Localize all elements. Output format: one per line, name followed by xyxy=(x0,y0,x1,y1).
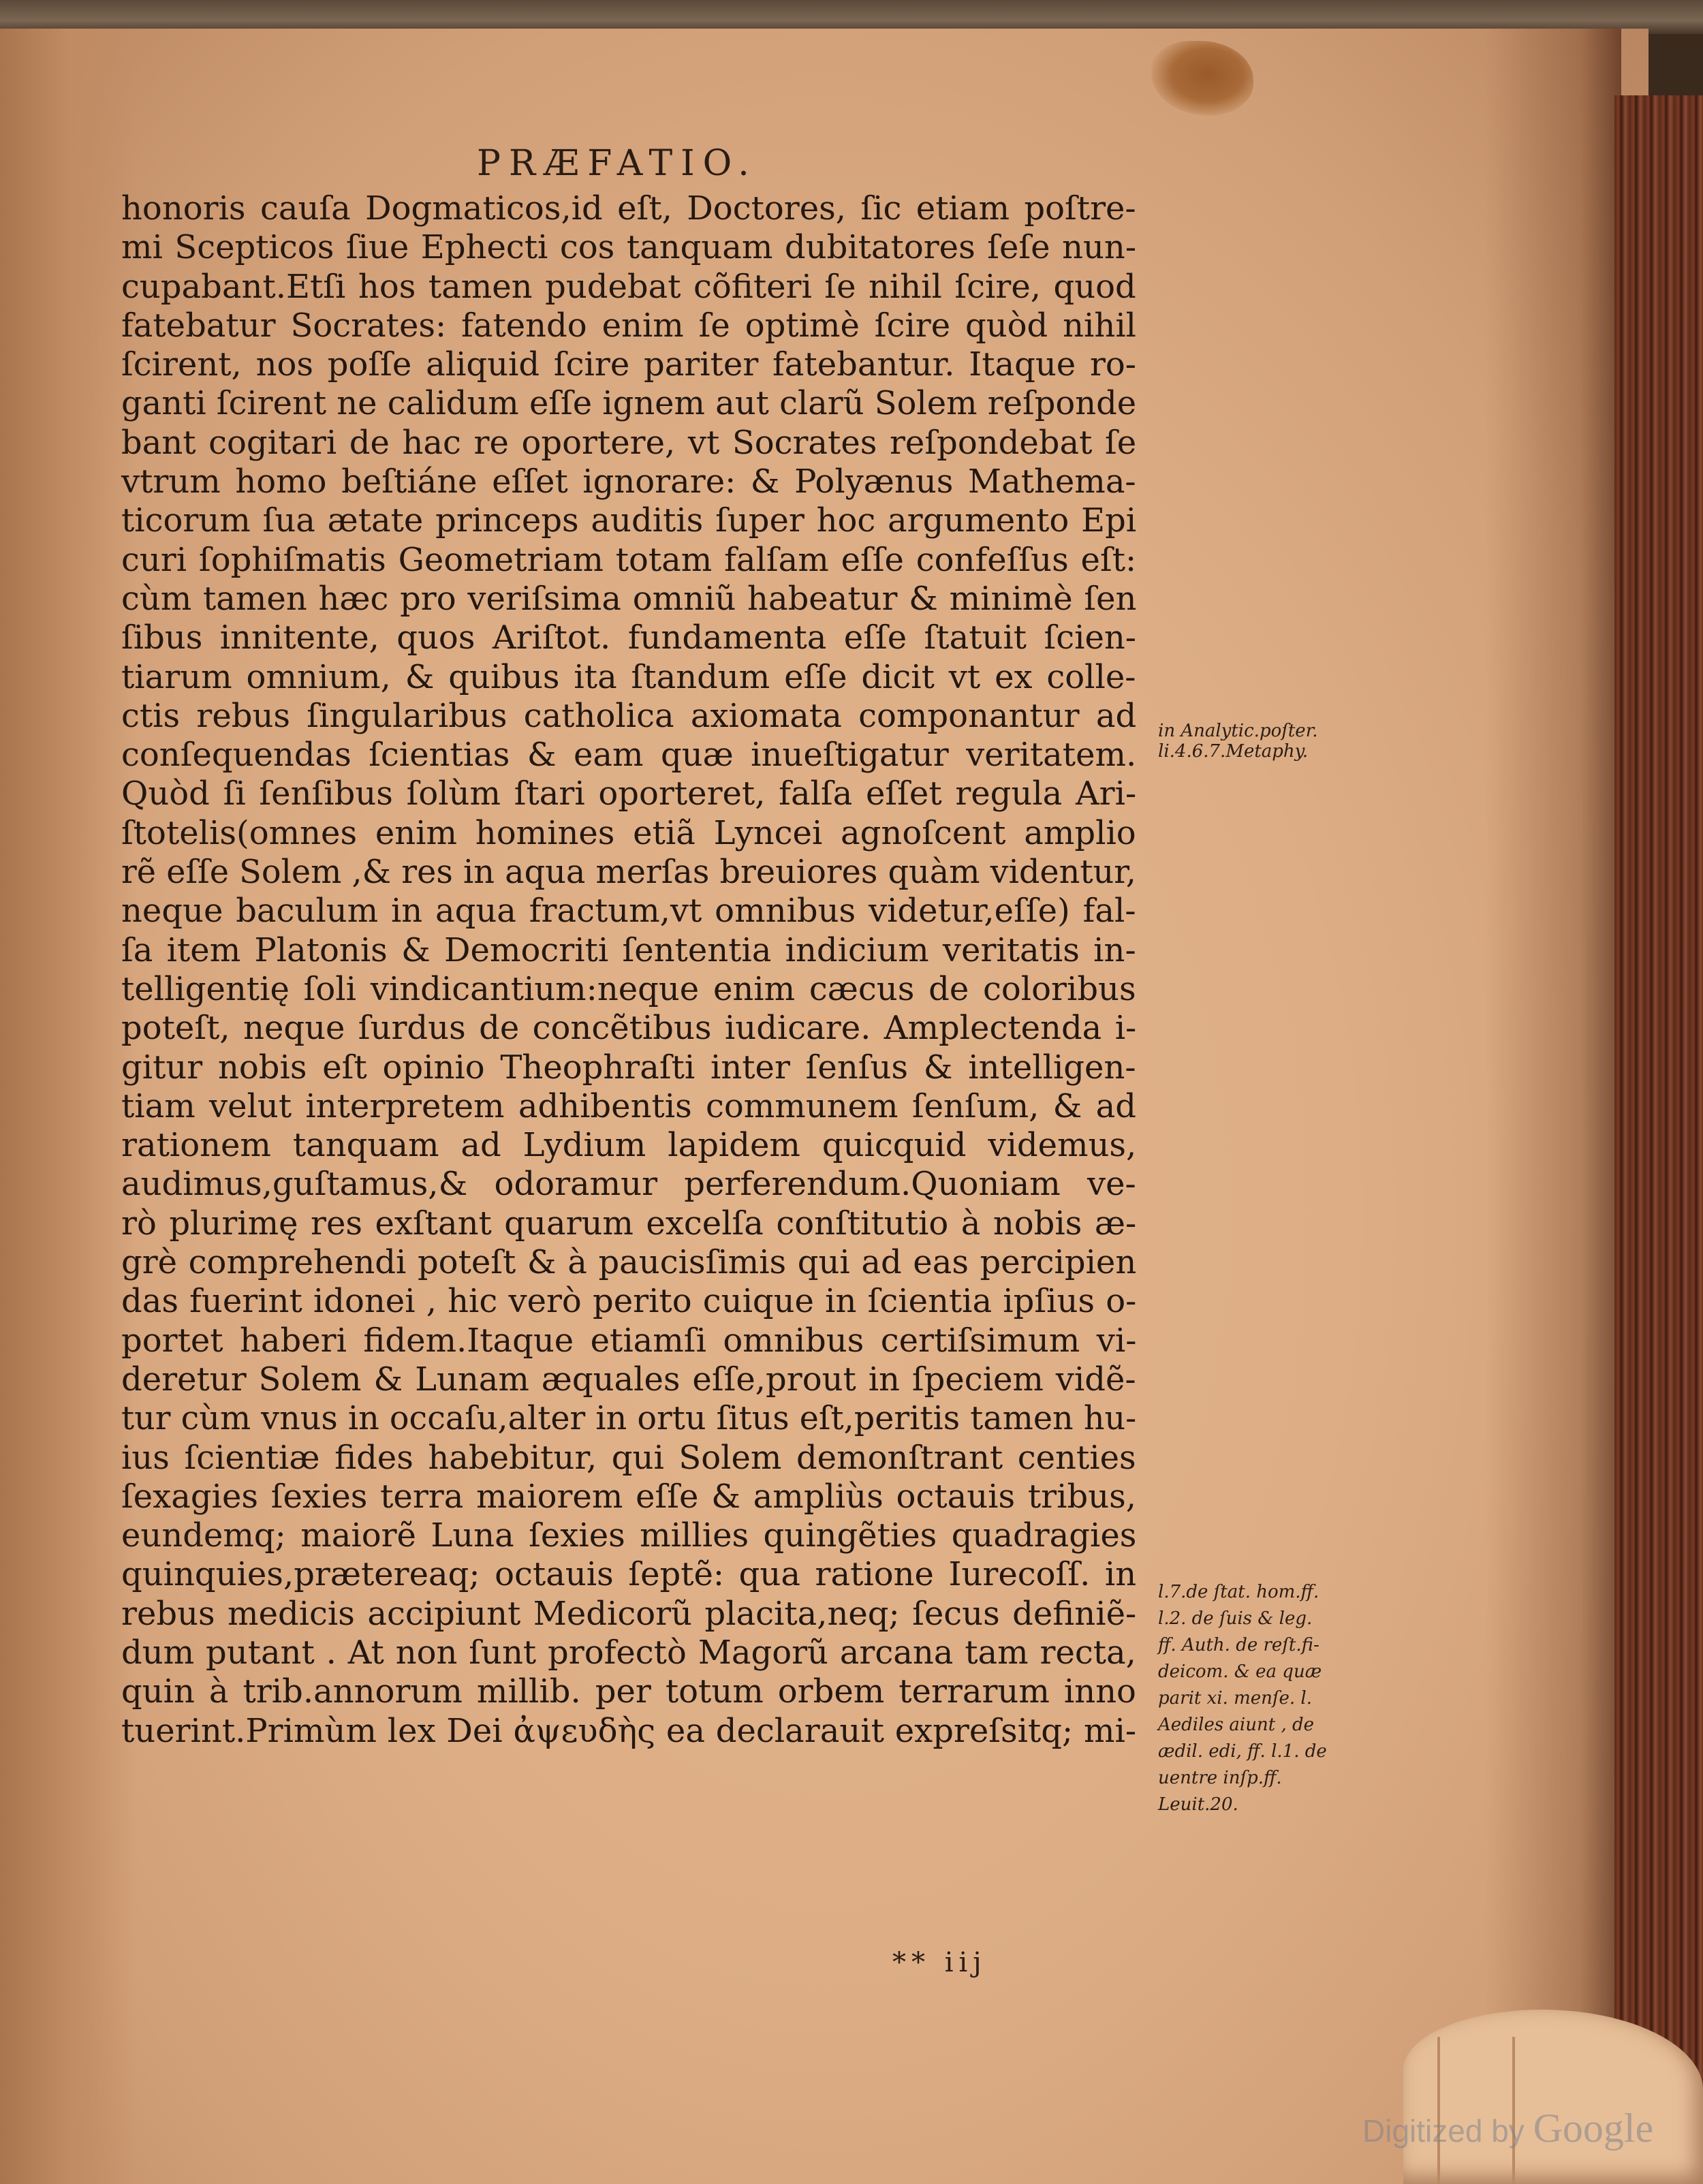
body-line: vtrum homo beſtiáne eſſet ignorare: & Po… xyxy=(121,463,1136,501)
body-line: fatebatur Socrates: fatendo enim ſe opti… xyxy=(121,307,1136,345)
watermark-prefix: Digitized by xyxy=(1362,2113,1533,2149)
margin-note-line: parit xi. menſe. l. xyxy=(1158,1685,1383,1712)
body-line: ſa item Platonis & Democriti ſententia i… xyxy=(121,931,1136,970)
margin-note-line: ædil. edi, ff. l.1. de xyxy=(1158,1738,1383,1765)
body-line: rò plurimę res exſtant quarum excelſa co… xyxy=(121,1204,1136,1243)
body-line: tuerint.Primùm lex Dei ἀψευδὴς ea declar… xyxy=(121,1712,1136,1751)
body-line: curi ſophiſmatis Geometriam totam falſam… xyxy=(121,541,1136,580)
body-line: conſequendas ſcientias & eam quæ inueſti… xyxy=(121,736,1136,775)
body-line: ticorum ſua ætate princeps auditis ſuper… xyxy=(121,501,1136,540)
body-line: deretur Solem & Lunam æquales eſſe,prout… xyxy=(121,1360,1136,1399)
body-line: quinquies,prætereaq; octauis ſeptẽ: qua … xyxy=(121,1555,1136,1594)
body-line: ſexagies ſexies terra maiorem eſſe & amp… xyxy=(121,1478,1136,1516)
page-edge-shade xyxy=(1485,29,1621,2184)
margin-note-line: ff. Auth. de reſt.fi- xyxy=(1158,1632,1383,1659)
body-line: audimus,guſtamus,& odoramur perferendum.… xyxy=(121,1165,1136,1204)
body-line: tiarum omnium, & quibus ita ſtandum eſſe… xyxy=(121,658,1136,697)
margin-note-line: l.2. de ſuis & leg. xyxy=(1158,1606,1383,1632)
torn-page-corner xyxy=(1403,2010,1703,2184)
body-line: telligentię ſoli vindicantium:neque enim… xyxy=(121,970,1136,1009)
body-line: poteſt, neque ſurdus de concẽtibus iudic… xyxy=(121,1009,1136,1048)
margin-note-2: l.7.de ſtat. hom.ff. l.2. de ſuis & leg.… xyxy=(1158,1579,1383,1818)
margin-note-line: deicom. & ea quæ xyxy=(1158,1659,1383,1685)
running-head: PRÆFATIO. xyxy=(477,143,757,184)
margin-note-line: li.4.6.7.Metaphy. xyxy=(1158,741,1383,762)
body-line: ctis rebus ſingularibus catholica axioma… xyxy=(121,697,1136,736)
fore-edge xyxy=(1614,95,1703,2184)
body-line: honoris cauſa Dogmaticos,id eſt, Doctore… xyxy=(121,189,1136,228)
body-text: honoris cauſa Dogmaticos,id eſt, Doctore… xyxy=(121,189,1136,1751)
margin-note-line: l.7.de ſtat. hom.ff. xyxy=(1158,1579,1383,1606)
margin-note-line: in Analytic.poſter. xyxy=(1158,721,1383,741)
body-line: das fuerint idonei , hic verò perito cui… xyxy=(121,1282,1136,1321)
body-line: Quòd ſi ſenſibus ſolùm ſtari oporteret, … xyxy=(121,775,1136,813)
body-line: ganti ſcirent ne calidum eſſe ignem aut … xyxy=(121,384,1134,423)
body-line: portet haberi fidem.Itaque etiamſi omnib… xyxy=(121,1322,1136,1360)
body-line: rationem tanquam ad Lydium lapidem quicq… xyxy=(121,1126,1136,1165)
digitized-watermark: Digitized by Google xyxy=(1362,2105,1653,2152)
body-line: ſibus innitente, quos Ariſtot. fundament… xyxy=(121,619,1136,657)
body-line: cupabant.Etſi hos tamen pudebat cõfiteri… xyxy=(121,268,1136,307)
signature-mark: ** iij xyxy=(892,1947,987,1978)
margin-note-1: in Analytic.poſter. li.4.6.7.Metaphy. xyxy=(1158,721,1383,762)
body-line: ius ſcientiæ fides habebitur, qui Solem … xyxy=(121,1439,1136,1478)
body-line: tur cùm vnus in occaſu,alter in ortu ſit… xyxy=(121,1399,1127,1438)
body-line: rẽ eſſe Solem ,& res in aqua merſas breu… xyxy=(121,853,1130,892)
body-line: neque baculum in aqua fractum,vt omnibus… xyxy=(121,892,1136,931)
margin-note-line: Aediles aiunt , de xyxy=(1158,1712,1383,1738)
body-line: bant cogitari de hac re oportere, vt Soc… xyxy=(121,424,1136,463)
body-line: eundemq; maiorẽ Luna ſexies millies quin… xyxy=(121,1516,1136,1555)
body-line: rebus medicis accipiunt Medicorũ placita… xyxy=(121,1595,1136,1634)
watermark-brand: Google xyxy=(1533,2106,1654,2151)
body-line: cùm tamen hæc pro veriſsima omniũ habeat… xyxy=(121,580,1136,619)
gutter-shadow xyxy=(0,29,136,2184)
body-line: ſcirent, nos poſſe aliquid ſcire pariter… xyxy=(121,345,1136,384)
body-line: mi Scepticos ſiue Ephecti cos tanquam du… xyxy=(121,228,1136,267)
body-line: dum putant . At non ſunt profectò Magorũ… xyxy=(121,1634,1136,1672)
margin-note-line: uentre inſp.ff. xyxy=(1158,1765,1383,1792)
body-line: grè comprehendi poteſt & à paucisſimis q… xyxy=(121,1243,1136,1282)
body-line: gitur nobis eſt opinio Theophraſti inter… xyxy=(121,1048,1136,1087)
body-line: ſtotelis(omnes enim homines etiã Lyncei … xyxy=(121,814,1136,853)
body-line: tiam velut interpretem adhibentis commun… xyxy=(121,1087,1136,1126)
margin-note-line: Leuit.20. xyxy=(1158,1792,1383,1818)
body-line: quin à trib.annorum millib. per totum or… xyxy=(121,1672,1136,1711)
